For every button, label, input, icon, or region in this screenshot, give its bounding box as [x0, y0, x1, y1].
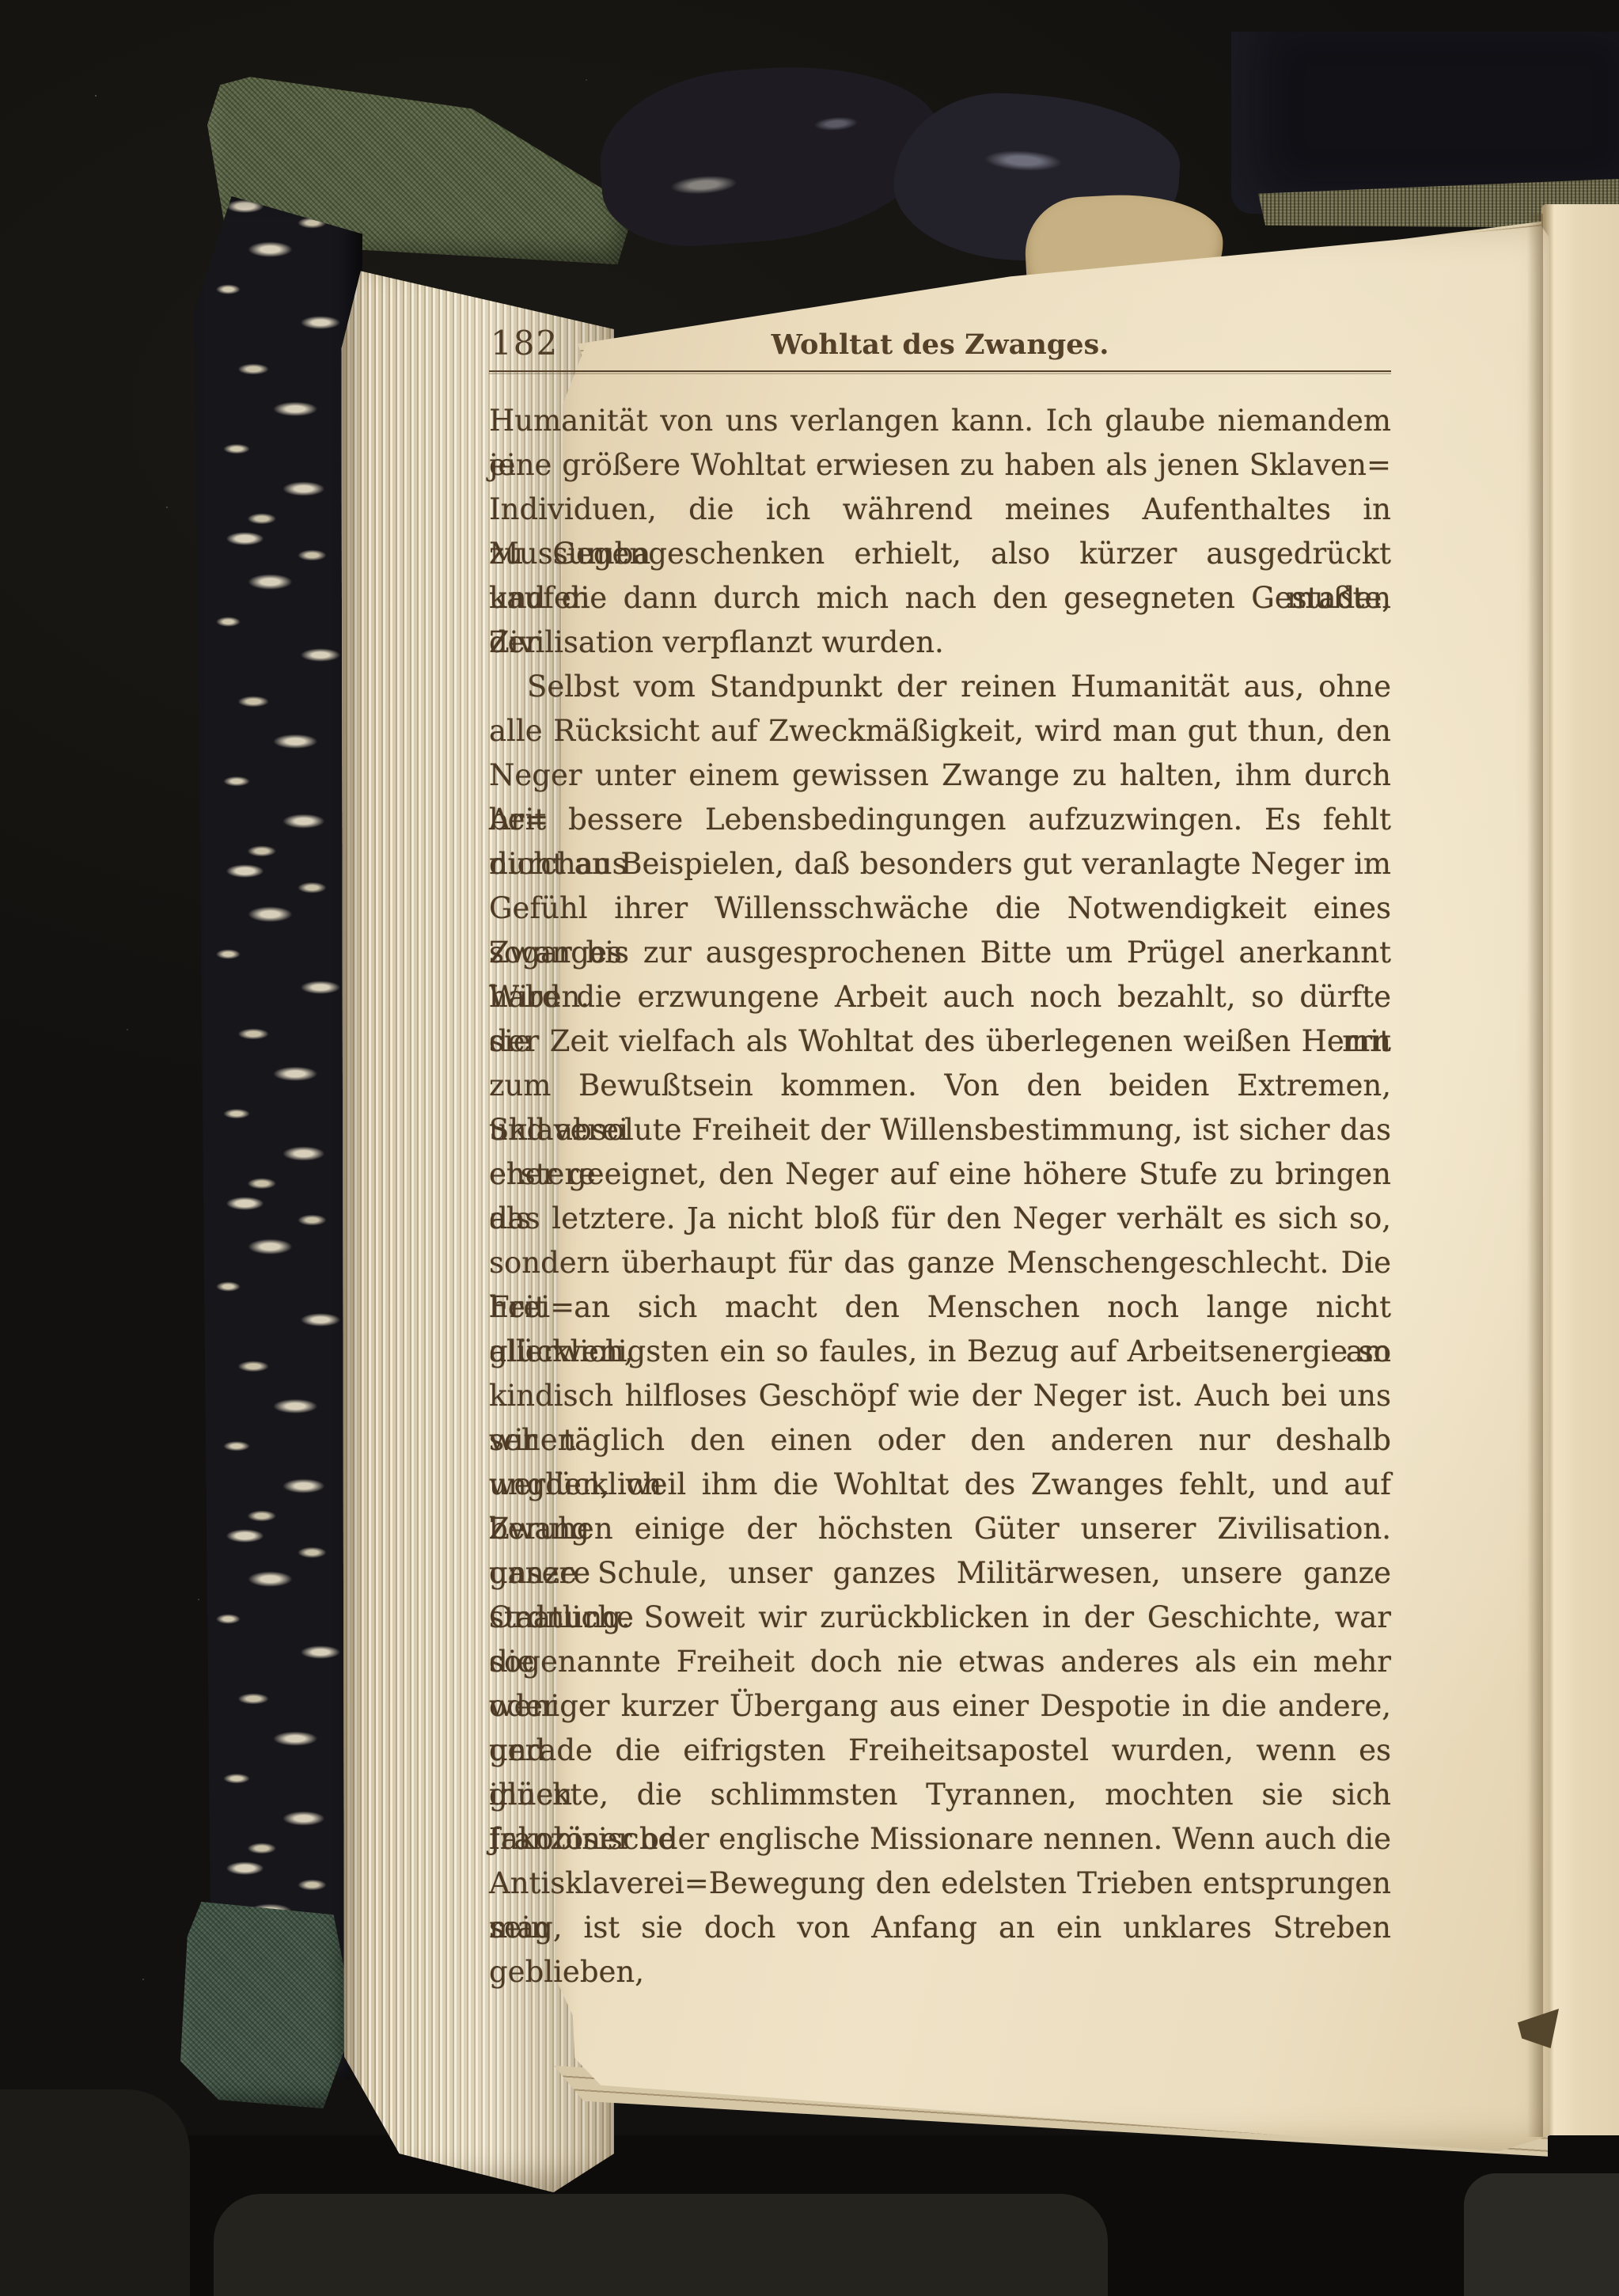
dust-specks: [95, 95, 97, 97]
text-line: eine größere Wohltat erwiesen zu haben a…: [489, 443, 1391, 488]
text-line: weniger kurzer Übergang aus einer Despot…: [489, 1684, 1391, 1729]
cover-cloth-corner-bottom-left: [180, 1893, 355, 2108]
table-shadow-center: [214, 2194, 1108, 2296]
text-line: mag, ist sie doch von Anfang an ein unkl…: [489, 1906, 1391, 1950]
next-page-edge: [1541, 204, 1619, 2135]
gutter-crease-shadow: [1527, 214, 1543, 2137]
text-line: eher geeignet, den Neger auf eine höhere…: [489, 1152, 1391, 1197]
table-shadow-right: [1464, 2173, 1619, 2296]
printed-text-block: 182 Wohltat des Zwanges. Humanität von u…: [489, 326, 1391, 1950]
page-body: Humanität von uns verlangen kann. Ich gl…: [489, 399, 1391, 1950]
torn-binding-fragment-left: [594, 56, 946, 252]
text-line: alle Rücksicht auf Zweckmäßigkeit, wird …: [489, 709, 1391, 753]
text-line: Individuen, die ich während meines Aufen…: [489, 488, 1391, 532]
text-line: wir täglich den einen oder den anderen n…: [489, 1418, 1391, 1463]
text-line: glückte, die schlimmsten Tyrannen, mocht…: [489, 1773, 1391, 1817]
text-line: nicht an Beispielen, daß besonders gut v…: [489, 842, 1391, 886]
text-line: sogenannte Freiheit doch nie etwas ander…: [489, 1640, 1391, 1684]
marbled-spine-strip: [195, 196, 362, 2080]
text-line: Wird die erzwungene Arbeit auch noch bez…: [489, 975, 1391, 1019]
text-line: beit bessere Lebensbedingungen aufzuzwin…: [489, 798, 1391, 842]
text-line: sondern überhaupt für das ganze Menschen…: [489, 1241, 1391, 1285]
text-line: zum Bewußtsein kommen. Von den beiden Ex…: [489, 1064, 1391, 1108]
text-line: Neger unter einem gewissen Zwange zu hal…: [489, 753, 1391, 798]
text-line: Ordnung. Soweit wir zurückblicken in der…: [489, 1596, 1391, 1640]
header-rule: [489, 370, 1391, 372]
text-line: Zivilisation verpflanzt wurden.: [489, 620, 1391, 665]
text-line: werden, weil ihm die Wohltat des Zwanges…: [489, 1463, 1391, 1507]
text-line: und die dann durch mich nach den gesegne…: [489, 576, 1391, 620]
running-title: Wohltat des Zwanges.: [772, 329, 1109, 361]
table-shadow-left: [0, 2089, 190, 2296]
text-line: allerwenigsten ein so faules, in Bezug a…: [489, 1330, 1391, 1374]
text-line: und absolute Freiheit der Willensbestimm…: [489, 1108, 1391, 1152]
text-line: Jakobiner oder englische Missionare nenn…: [489, 1817, 1391, 1861]
text-line: das letztere. Ja nicht bloß für den Nege…: [489, 1197, 1391, 1241]
text-line: kindisch hilfloses Geschöpf wie der Nege…: [489, 1374, 1391, 1418]
text-line: Humanität von uns verlangen kann. Ich gl…: [489, 399, 1391, 443]
text-line: Antisklaverei=Bewegung den edelsten Trie…: [489, 1861, 1391, 1906]
text-line: der Zeit vielfach als Wohltat des überle…: [489, 1019, 1391, 1064]
text-line: Gefühl ihrer Willensschwäche die Notwend…: [489, 886, 1391, 931]
text-line: sogar bis zur ausgesprochenen Bitte um P…: [489, 931, 1391, 975]
book-photo: 182 Wohltat des Zwanges. Humanität von u…: [0, 0, 1619, 2296]
text-line: zu Gegengeschenken erhielt, also kürzer …: [489, 532, 1391, 576]
text-line: Selbst vom Standpunkt der reinen Humanit…: [489, 665, 1391, 709]
text-line: gerade die eifrigsten Freiheitsapostel w…: [489, 1729, 1391, 1773]
text-line: ganze Schule, unser ganzes Militärwesen,…: [489, 1551, 1391, 1596]
text-line: heit an sich macht den Menschen noch lan…: [489, 1285, 1391, 1330]
text-line: beruhen einige der höchsten Güter unsere…: [489, 1507, 1391, 1551]
running-header: 182 Wohltat des Zwanges.: [489, 326, 1391, 364]
page-number: 182: [491, 326, 559, 361]
